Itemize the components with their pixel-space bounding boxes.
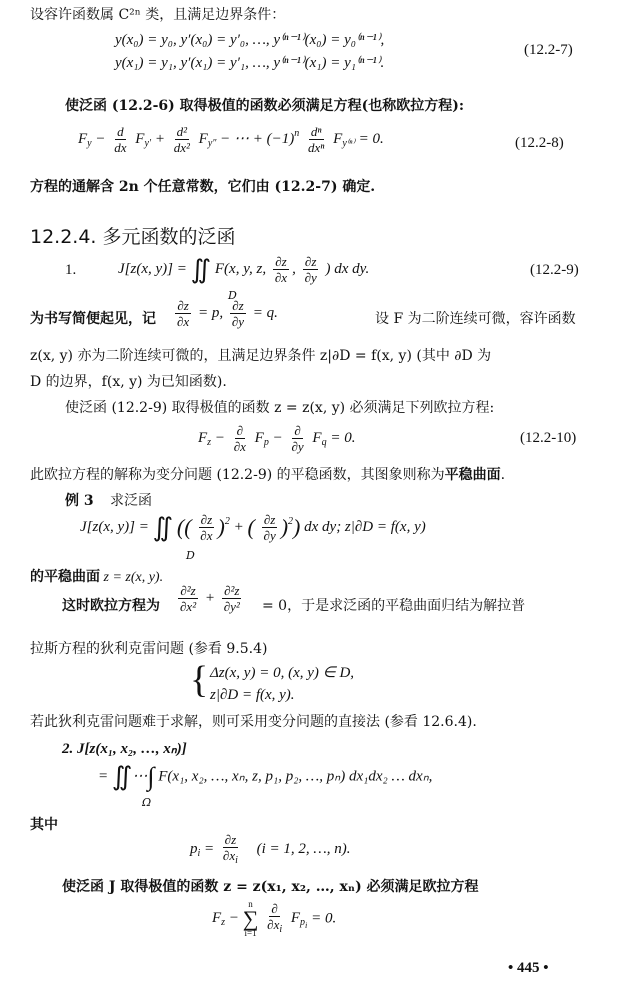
text-line: = 0，于是求泛函的平稳曲面归结为解拉普 bbox=[262, 597, 525, 615]
text-span: 此欧拉方程的解称为变分问题 (12.2-9) 的平稳函数，其图象则称为 bbox=[30, 467, 445, 483]
term-stationary-surface: 平稳曲面 bbox=[445, 467, 501, 483]
text-line: 方程的通解含 2n 个任意常数，它们由 (12.2-7) 确定. bbox=[30, 178, 375, 196]
equation-12-2-7-row2: y(x₁) = y₁, y′(x₁) = y′₁, …, y⁽ⁿ⁻¹⁾(x₁) … bbox=[115, 53, 384, 72]
equation-12-2-9: J[z(x, y)] = ∬ F(x, y, z, ∂z∂x, ∂z∂y ) d… bbox=[118, 254, 369, 285]
text-line: 使泛函 J 取得极值的函数 z = z(x₁, x₂, …, xₙ) 必须满足欧… bbox=[62, 878, 479, 896]
text-line: 此欧拉方程的解称为变分问题 (12.2-9) 的平稳函数，其图象则称为平稳曲面. bbox=[30, 466, 505, 484]
text-line: 的平稳曲面 z = z(x, y). bbox=[30, 568, 163, 587]
section-heading: 12.2.4. 多元函数的泛函 bbox=[30, 222, 236, 249]
euler-equation-multivariable: Fz − n ∑ i=1 ∂∂xi Fpi = 0. bbox=[212, 900, 336, 938]
equation-tag: (12.2-8) bbox=[515, 135, 564, 152]
text-line: 使泛函 (12.2-9) 取得极值的函数 z = z(x, y) 必须满足下列欧… bbox=[65, 399, 494, 417]
system-row-1: Δz(x, y) = 0, (x, y) ∈ D, bbox=[210, 663, 354, 682]
equation-12-2-10: Fz − ∂∂x Fp − ∂∂y Fq = 0. bbox=[198, 423, 355, 454]
left-brace: { bbox=[190, 658, 208, 702]
text-line: 为书写简便起见，记 bbox=[30, 310, 156, 328]
text-span: . bbox=[501, 467, 505, 483]
equation-example-3: J[z(x, y)] = ∬ (( ∂z∂x)2 + ( ∂z∂y)2) dx … bbox=[80, 512, 426, 543]
p-i-definition: pi = ∂z∂xi (i = 1, 2, …, n). bbox=[190, 832, 351, 868]
text-line: z(x, y) 亦为二阶连续可微的，且满足边界条件 z|∂D = f(x, y)… bbox=[30, 347, 491, 365]
page-number: • 445 • bbox=[508, 960, 549, 977]
text-line: 求泛函 bbox=[110, 492, 152, 510]
text-line: 拉斯方程的狄利克雷问题 (参看 9.5.4) bbox=[30, 640, 267, 658]
laplace-equation: ∂²z∂x² + ∂²z∂y² bbox=[175, 583, 245, 614]
item-number: 1. bbox=[65, 262, 76, 279]
equation-tag: (12.2-10) bbox=[520, 430, 576, 447]
equation-12-2-8: Fy − ddx Fy′ + d²dx² Fy″ − ⋯ + (−1)n dⁿd… bbox=[78, 124, 384, 155]
example-label: 例 3 bbox=[65, 492, 94, 510]
equation-12-2-7-row1: y(x₀) = y₀, y′(x₀) = y′₀, …, y⁽ⁿ⁻¹⁾(x₀) … bbox=[115, 30, 384, 49]
text-line: D 的边界，f(x, y) 为已知函数). bbox=[30, 373, 227, 391]
text-line: 设容许函数属 C²ⁿ 类，且满足边界条件： bbox=[30, 6, 285, 24]
domain-label: D bbox=[186, 549, 195, 562]
equation-item-2: = ∬⋯∫ F(x₁, x₂, …, xₙ, z, p₁, p₂, …, pₙ)… bbox=[98, 762, 432, 792]
text-line: 使泛函 (12.2-6) 取得极值的函数必须满足方程(也称欧拉方程): bbox=[65, 97, 464, 115]
notation-p-q: ∂z∂x = p, ∂z∂y = q. bbox=[172, 298, 278, 329]
system-row-2: z|∂D = f(x, y). bbox=[210, 687, 295, 704]
text-line: 若此狄利克雷问题难于求解，则可采用变分问题的直接法 (参看 12.6.4). bbox=[30, 713, 477, 731]
equation-tag: (12.2-9) bbox=[530, 262, 579, 279]
text-line: 这时欧拉方程为 bbox=[62, 597, 160, 615]
text-line: 设 F 为二阶连续可微，容许函数 bbox=[375, 310, 576, 328]
term-stationary-surface: 的平稳曲面 bbox=[30, 569, 100, 585]
equation-tag: (12.2-7) bbox=[524, 42, 573, 59]
domain-label: Ω bbox=[142, 796, 151, 809]
item-2-functional: 2. J[z(x₁, x₂, …, xₙ)] bbox=[62, 739, 187, 758]
text-span: z = z(x, y). bbox=[100, 570, 163, 585]
text-line: 其中 bbox=[30, 816, 58, 834]
